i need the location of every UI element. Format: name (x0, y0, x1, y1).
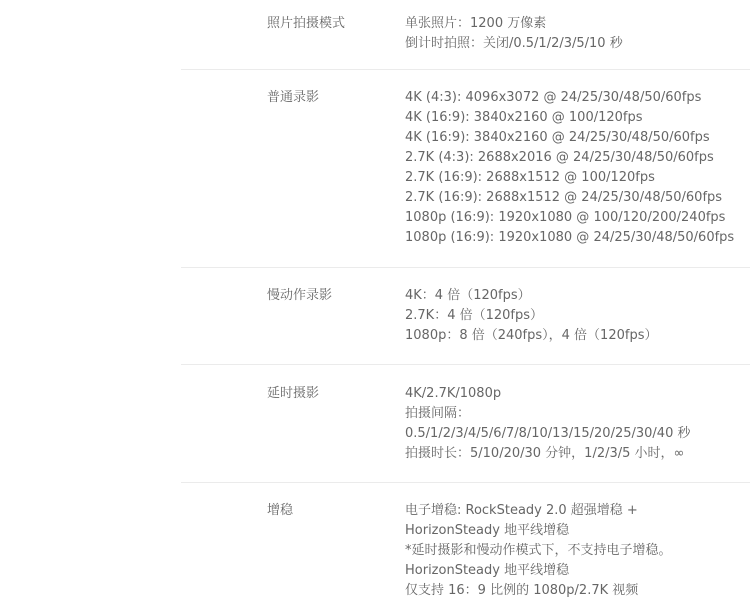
spec-value: 2.7K (4:3): 2688x2016 @ 24/25/30/48/50/6… (405, 148, 734, 168)
row-divider (181, 69, 750, 70)
spec-value: 4K (4:3): 4096x3072 @ 24/25/30/48/50/60f… (405, 88, 734, 108)
spec-value: 1080p：8 倍（240fps），4 倍（120fps） (405, 326, 657, 346)
spec-values-photo-mode: 单张照片：1200 万像素 倒计时拍照：关闭/0.5/1/2/3/5/10 秒 (405, 14, 623, 54)
spec-values-normal-video: 4K (4:3): 4096x3072 @ 24/25/30/48/50/60f… (405, 88, 734, 248)
spec-value: HorizonSteady 地平线增稳 (405, 521, 672, 541)
spec-label-stabilization: 增稳 (267, 501, 293, 521)
spec-value: 倒计时拍照：关闭/0.5/1/2/3/5/10 秒 (405, 34, 623, 54)
spec-value: 2.7K (16:9): 2688x1512 @ 24/25/30/48/50/… (405, 188, 734, 208)
spec-label-slow-motion: 慢动作录影 (267, 286, 332, 306)
spec-value: HorizonSteady 地平线增稳 (405, 561, 672, 581)
spec-value: 4K：4 倍（120fps） (405, 286, 657, 306)
spec-label-normal-video: 普通录影 (267, 88, 319, 108)
spec-value: 1080p (16:9): 1920x1080 @ 100/120/200/24… (405, 208, 734, 228)
spec-value: 0.5/1/2/3/4/5/6/7/8/10/13/15/20/25/30/40… (405, 424, 690, 444)
spec-values-timelapse: 4K/2.7K/1080p 拍摄间隔： 0.5/1/2/3/4/5/6/7/8/… (405, 384, 690, 464)
spec-value: 拍摄时长：5/10/20/30 分钟，1/2/3/5 小时，∞ (405, 444, 690, 464)
spec-value: 4K (16:9): 3840x2160 @ 100/120fps (405, 108, 734, 128)
spec-value: *延时摄影和慢动作模式下，不支持电子增稳。 (405, 541, 672, 561)
spec-value: 4K/2.7K/1080p (405, 384, 690, 404)
spec-value: 2.7K：4 倍（120fps） (405, 306, 657, 326)
spec-label-timelapse: 延时摄影 (267, 384, 319, 404)
spec-label-photo-mode: 照片拍摄模式 (267, 14, 345, 34)
spec-value: 拍摄间隔： (405, 404, 690, 424)
spec-value: 1080p (16:9): 1920x1080 @ 24/25/30/48/50… (405, 228, 734, 248)
row-divider (181, 267, 750, 268)
spec-value: 仅支持 16：9 比例的 1080p/2.7K 视频 (405, 581, 672, 601)
spec-value: 4K (16:9): 3840x2160 @ 24/25/30/48/50/60… (405, 128, 734, 148)
spec-value: 2.7K (16:9): 2688x1512 @ 100/120fps (405, 168, 734, 188)
spec-value: 单张照片：1200 万像素 (405, 14, 623, 34)
spec-values-stabilization: 电子增稳: RockSteady 2.0 超强增稳 + HorizonStead… (405, 501, 672, 601)
spec-values-slow-motion: 4K：4 倍（120fps） 2.7K：4 倍（120fps） 1080p：8 … (405, 286, 657, 346)
spec-value: 电子增稳: RockSteady 2.0 超强增稳 + (405, 501, 672, 521)
row-divider (181, 364, 750, 365)
row-divider (181, 482, 750, 483)
